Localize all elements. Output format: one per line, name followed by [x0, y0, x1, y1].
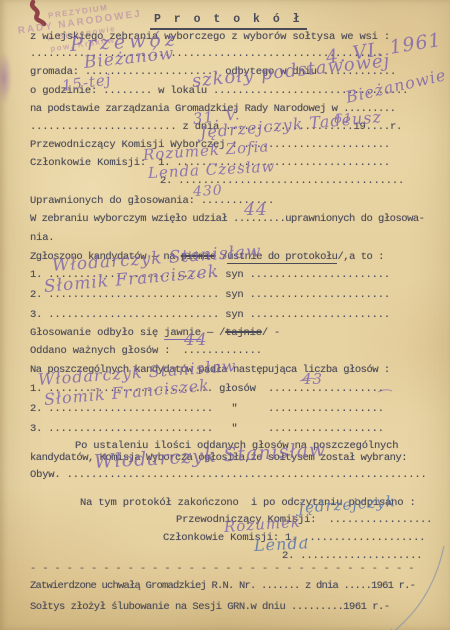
candidates-heading-post: /,a to :: [337, 251, 383, 263]
valid-votes-line: Oddano ważnych głosów : .............: [30, 345, 262, 357]
dashed-separator: - - - - - - - - - - - - - - - - - - - - …: [30, 563, 414, 575]
handwriting-votes-count1: 43: [302, 370, 323, 388]
turnout-line-wrap: nia.: [30, 232, 54, 244]
struck-word-tajnie: tajnie: [225, 327, 262, 339]
elected-citizen-line: Obyw. ..................................…: [30, 469, 427, 481]
turnout-line: W zebraniu wyborczym wzięło udział .....…: [30, 213, 424, 225]
document-title: P r o t o k ó ł: [150, 13, 307, 30]
candidate3-line: 3. ............................ syn ....…: [30, 309, 390, 321]
voting-mode-line: Głosowanie odbyło się jawnie — /tajnie/ …: [30, 327, 280, 339]
votes-line3: 3. ........................... " .......…: [30, 423, 384, 435]
voting-mode-pre: Głosowanie odbyło się: [30, 327, 164, 339]
signature-member2: Lenda: [254, 533, 310, 555]
eligible-voters-line: Uprawnionych do głosowania: ............: [30, 195, 274, 207]
handwriting-eligible-count: 430: [193, 182, 224, 200]
document-page: PREZYDIUM RADY NARODOWEJ w Bieżanowie po…: [0, 0, 450, 630]
voting-mode-post: / -: [262, 327, 280, 339]
handwriting-valid-votes: 44: [184, 330, 208, 350]
approval-line: Zatwierdzone uchwałą Gromadzkiej R.N. Nr…: [30, 580, 415, 592]
ink-smudge: [0, 52, 12, 104]
title-wrap: P r o t o k ó ł: [150, 9, 307, 27]
oath-line: Sołtys złożył ślubowanie na Sesji GRN.w …: [30, 601, 390, 613]
handwriting-turnout-count: 44: [244, 200, 268, 220]
